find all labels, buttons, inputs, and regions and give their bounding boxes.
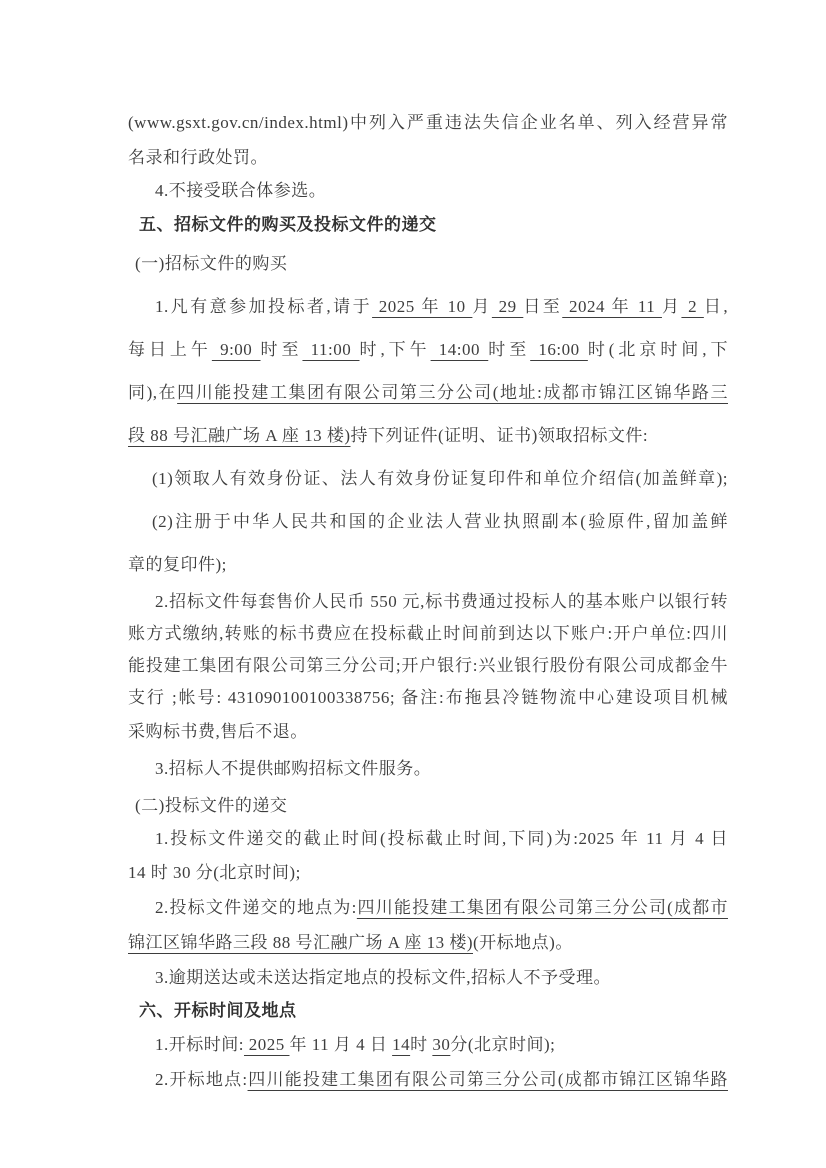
text-segment: 1.开标时间:	[155, 1035, 244, 1054]
text-segment: 时(北京时间,下	[588, 340, 728, 359]
document-line: (二)投标文件的递交	[128, 788, 728, 823]
document-line: (2)注册于中华人民共和国的企业法人营业执照副本(验原件,留加盖鲜	[128, 500, 728, 543]
document-line: 2.招标文件每套售价人民币 550 元,标书费通过投标人的基本账户以银行转	[128, 586, 728, 618]
underlined-text: 14	[392, 1035, 410, 1054]
text-segment: 2.开标地点:	[155, 1070, 248, 1089]
text-segment: (2)注册于中华人民共和国的企业法人营业执照副本(验原件,留加盖鲜	[152, 512, 728, 531]
document-line: 采购标书费,售后不退。	[128, 714, 728, 749]
text-segment: 2.招标文件每套售价人民币 550 元,标书费通过投标人的基本账户以银行转	[155, 592, 728, 611]
text-segment: 月	[472, 297, 491, 316]
document-content: (www.gsxt.gov.cn/index.html)中列入严重违法失信企业名…	[128, 105, 728, 1097]
document-line: 锦江区锦华路三段 88 号汇融广场 A 座 13 楼)(开标地点)。	[128, 925, 728, 960]
underlined-text: 2	[681, 297, 703, 316]
document-line: 能投建工集团有限公司第三分公司;开户银行:兴业银行股份有限公司成都金牛	[128, 650, 728, 682]
underlined-text: 9:00	[212, 340, 261, 359]
text-segment: (二)投标文件的递交	[135, 796, 287, 815]
underlined-text: 2025 年 10	[372, 297, 472, 316]
underlined-text: 段 88 号汇融广场 A 座 13 楼)	[128, 426, 351, 445]
underlined-text: 30	[432, 1035, 450, 1054]
text-segment: 日,	[704, 297, 728, 316]
document-line: 同),在四川能投建工集团有限公司第三分公司(地址:成都市锦江区锦华路三	[128, 371, 728, 414]
document-line: 支行 ;帐号: 431090100100338756; 备注:布拖县冷链物流中心…	[128, 682, 728, 714]
text-segment: 时,下午	[359, 340, 430, 359]
underlined-text: 四川能投建工集团有限公司第三分公司(地址:成都市锦江区锦华路三	[177, 383, 728, 402]
text-segment: 4.不接受联合体参选。	[155, 181, 326, 200]
document-line: 1.开标时间: 2025 年 11 月 4 日 14时 30分(北京时间);	[128, 1027, 728, 1062]
text-segment: (1)领取人有效身份证、法人有效身份证复印件和单位介绍信(加盖鲜章);	[152, 469, 728, 488]
document-line: 1.投标文件递交的截止时间(投标截止时间,下同)为:2025 年 11 月 4 …	[128, 823, 728, 855]
document-line: 14 时 30 分(北京时间);	[128, 855, 728, 890]
document-line: 章的复印件);	[128, 543, 728, 586]
text-segment: 2.投标文件递交的地点为:	[155, 898, 357, 917]
underlined-text: 2025	[244, 1035, 290, 1054]
document-line: 账方式缴纳,转账的标书费应在投标截止时间前到达以下账户:开户单位:四川	[128, 618, 728, 650]
text-segment: 1.投标文件递交的截止时间(投标截止时间,下同)为:2025 年 11 月 4 …	[155, 829, 728, 848]
document-line: 2.开标地点:四川能投建工集团有限公司第三分公司(成都市锦江区锦华路	[128, 1062, 728, 1097]
text-segment: 月	[662, 297, 681, 316]
section-heading: 六、开标时间及地点	[128, 995, 728, 1027]
text-segment: 名录和行政处罚。	[128, 148, 268, 167]
text-segment: 每日上午	[128, 340, 212, 359]
section-heading: 五、招标文件的购买及投标文件的递交	[128, 207, 728, 242]
document-line: (1)领取人有效身份证、法人有效身份证复印件和单位介绍信(加盖鲜章);	[128, 457, 728, 500]
text-segment: 时	[410, 1035, 432, 1054]
document-line: 4.不接受联合体参选。	[128, 175, 728, 207]
document-line: 每日上午 9:00 时至 11:00 时,下午 14:00 时至 16:00 时…	[128, 328, 728, 371]
underlined-text: 11:00	[302, 340, 359, 359]
underlined-text: 16:00	[530, 340, 588, 359]
text-segment: (开标地点)。	[473, 933, 573, 952]
document-line: 3.招标人不提供邮购招标文件服务。	[128, 749, 728, 788]
document-page: (www.gsxt.gov.cn/index.html)中列入严重违法失信企业名…	[0, 0, 826, 1168]
text-segment: (www.gsxt.gov.cn/index.html)中列入严重违法失信企业名…	[128, 113, 728, 132]
underlined-text: 29	[492, 297, 523, 316]
document-line: 名录和行政处罚。	[128, 140, 728, 175]
underlined-text: 四川能投建工集团有限公司第三分公司(成都市锦江区锦华路	[248, 1070, 728, 1089]
text-segment: 时至	[261, 340, 303, 359]
document-line: 段 88 号汇融广场 A 座 13 楼)持下列证件(证明、证书)领取招标文件:	[128, 414, 728, 457]
underlined-text: 四川能投建工集团有限公司第三分公司(成都市	[357, 898, 728, 917]
text-segment: 同),在	[128, 383, 177, 402]
text-segment: 3.逾期送达或未送达指定地点的投标文件,招标人不予受理。	[155, 968, 611, 987]
text-segment: 账方式缴纳,转账的标书费应在投标截止时间前到达以下账户:开户单位:四川	[128, 624, 728, 643]
text-segment: 3.招标人不提供邮购招标文件服务。	[155, 759, 431, 778]
text-segment: 支行 ;帐号: 431090100100338756; 备注:布拖县冷链物流中心…	[128, 688, 728, 707]
text-segment: 14 时 30 分(北京时间);	[128, 863, 301, 882]
document-line: 3.逾期送达或未送达指定地点的投标文件,招标人不予受理。	[128, 960, 728, 995]
text-segment: 1.凡有意参加投标者,请于	[155, 297, 372, 316]
document-line: (一)招标文件的购买	[128, 242, 728, 285]
text-segment: 日至	[523, 297, 562, 316]
text-segment: 六、开标时间及地点	[139, 1001, 297, 1020]
text-segment: (一)招标文件的购买	[135, 254, 287, 273]
text-segment: 持下列证件(证明、证书)领取招标文件:	[351, 426, 649, 445]
document-line: 2.投标文件递交的地点为:四川能投建工集团有限公司第三分公司(成都市	[128, 890, 728, 925]
text-segment: 章的复印件);	[128, 555, 227, 574]
underlined-text: 锦江区锦华路三段 88 号汇融广场 A 座 13 楼)	[128, 933, 473, 952]
text-segment: 年 11 月 4 日	[289, 1035, 392, 1054]
text-segment: 五、招标文件的购买及投标文件的递交	[139, 215, 437, 234]
document-line: (www.gsxt.gov.cn/index.html)中列入严重违法失信企业名…	[128, 105, 728, 140]
underlined-text: 14:00	[431, 340, 489, 359]
text-segment: 分(北京时间);	[450, 1035, 555, 1054]
text-segment: 能投建工集团有限公司第三分公司;开户银行:兴业银行股份有限公司成都金牛	[128, 656, 728, 675]
text-segment: 时至	[488, 340, 530, 359]
underlined-text: 2024 年 11	[562, 297, 662, 316]
text-segment: 采购标书费,售后不退。	[128, 722, 308, 741]
document-line: 1.凡有意参加投标者,请于 2025 年 10 月 29 日至 2024 年 1…	[128, 285, 728, 328]
